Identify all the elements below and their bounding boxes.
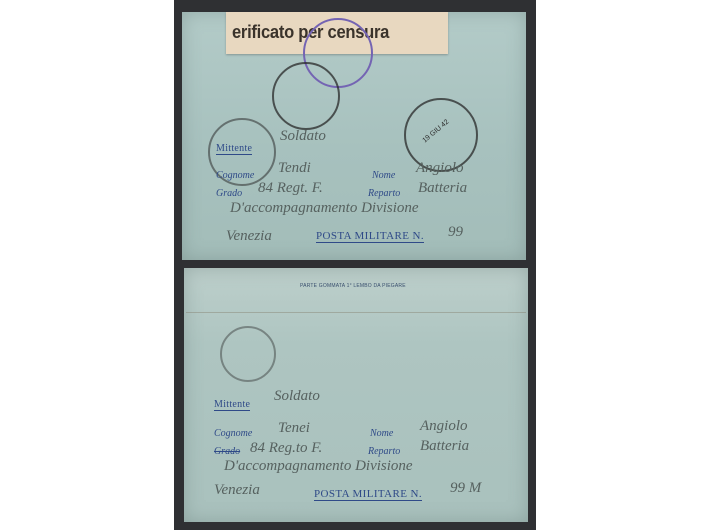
label-reparto-bottom: Reparto <box>368 446 400 457</box>
label-grado-top: Grado <box>216 188 242 199</box>
hw-mittente-top: Soldato <box>280 128 326 145</box>
hw-line-top: D'accompagnamento Divisione <box>230 200 419 217</box>
hw-nome-bottom: Angiolo <box>420 418 468 435</box>
hw-grado-bottom: 84 Reg.to F. <box>250 440 322 457</box>
postmark-stamp-bottom <box>220 326 276 382</box>
hw-nome-top: Angiolo <box>416 160 464 177</box>
label-nome-top: Nome <box>372 170 395 181</box>
label-grado-bottom: Grado <box>214 446 240 457</box>
hw-pm-number-top: 99 <box>448 224 463 241</box>
hw-cognome-top: Tendi <box>278 160 311 177</box>
label-cognome-bottom: Cognome <box>214 428 252 439</box>
hw-grado-top: 84 Regt. F. <box>258 180 323 197</box>
label-posta-militare-top: POSTA MILITARE N. <box>316 230 424 243</box>
label-mittente-top: Mittente <box>216 143 252 155</box>
hw-reparto-top: Batteria <box>418 180 467 197</box>
hw-line-bottom: D'accompagnamento Divisione <box>224 458 413 475</box>
flap-fold-line <box>186 312 526 313</box>
flap-text: PARTE GOMMATA 1° LEMBO DA PIEGARE <box>300 283 406 289</box>
label-cognome-top: Cognome <box>216 170 254 181</box>
hw-mittente-bottom: Soldato <box>274 388 320 405</box>
label-mittente-bottom: Mittente <box>214 399 250 411</box>
hw-reparto-bottom: Batteria <box>420 438 469 455</box>
label-posta-militare-bottom: POSTA MILITARE N. <box>314 488 422 501</box>
postmark-stamp-1 <box>272 62 340 130</box>
label-nome-bottom: Nome <box>370 428 393 439</box>
label-reparto-top: Reparto <box>368 188 400 199</box>
hw-pm-number-bottom: 99 M <box>450 480 481 497</box>
hw-city-top: Venezia <box>226 228 272 245</box>
hw-city-bottom: Venezia <box>214 482 260 499</box>
hw-cognome-bottom: Tenei <box>278 420 310 437</box>
